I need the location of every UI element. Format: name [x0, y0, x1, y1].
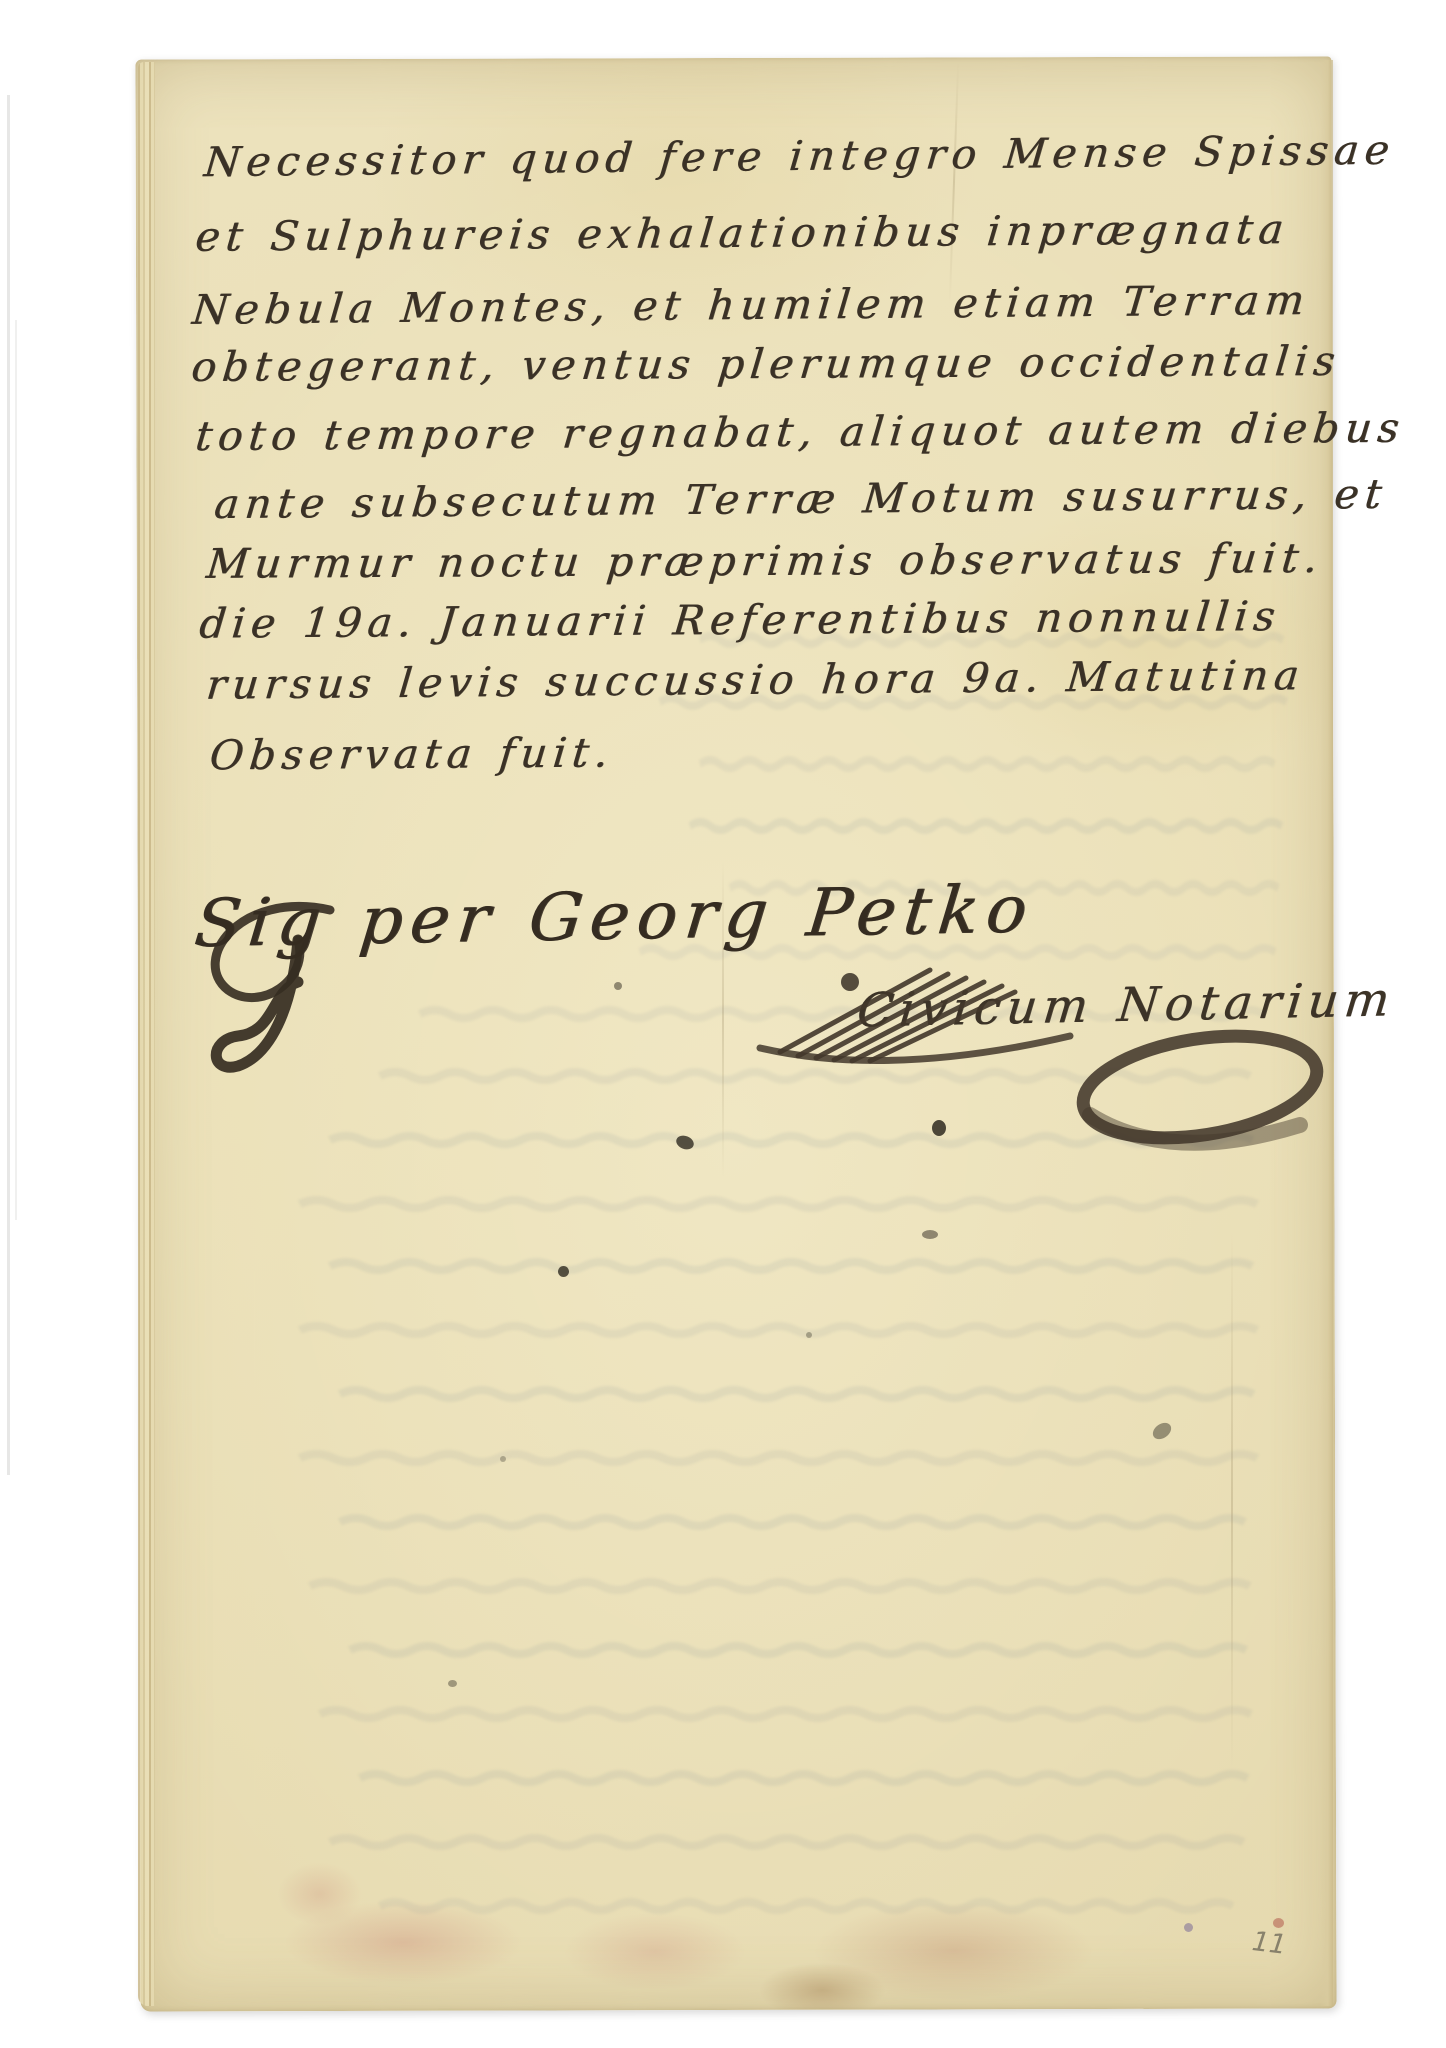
manuscript-line-8: die 19a. Januarii Referentibus nonnullis	[197, 592, 1283, 648]
manuscript-line-7: Murmur noctu præprimis observatus fuit.	[204, 534, 1325, 588]
manuscript-line-4: obtegerant, ventus plerumque occidentali…	[189, 337, 1343, 391]
scanner-streak	[15, 320, 17, 1220]
pencil-page-number: 11	[1250, 1926, 1288, 1961]
manuscript-line-2: et Sulphureis exhalationibus inprægnata	[193, 205, 1291, 261]
document-scan: Necessitor quod fere integro Mense Spiss…	[0, 0, 1446, 2048]
manuscript-line-3: Nebula Montes, et humilem etiam Terram	[190, 276, 1312, 334]
manuscript-line-5: toto tempore regnabat, aliquot autem die…	[193, 404, 1407, 460]
manuscript-line-6: ante subsecutum Terræ Motum susurrus, et	[212, 470, 1389, 528]
scanner-streak	[7, 95, 10, 1475]
signature-line: Sig per Georg Petko	[191, 871, 1038, 963]
manuscript-line-10: Observata fuit.	[208, 729, 617, 780]
manuscript-line-9: rursus levis succussio hora 9a. Matutina	[204, 651, 1307, 709]
page-stack-edge	[138, 62, 155, 2006]
notary-title-line: Civicum Notarium	[855, 972, 1398, 1038]
